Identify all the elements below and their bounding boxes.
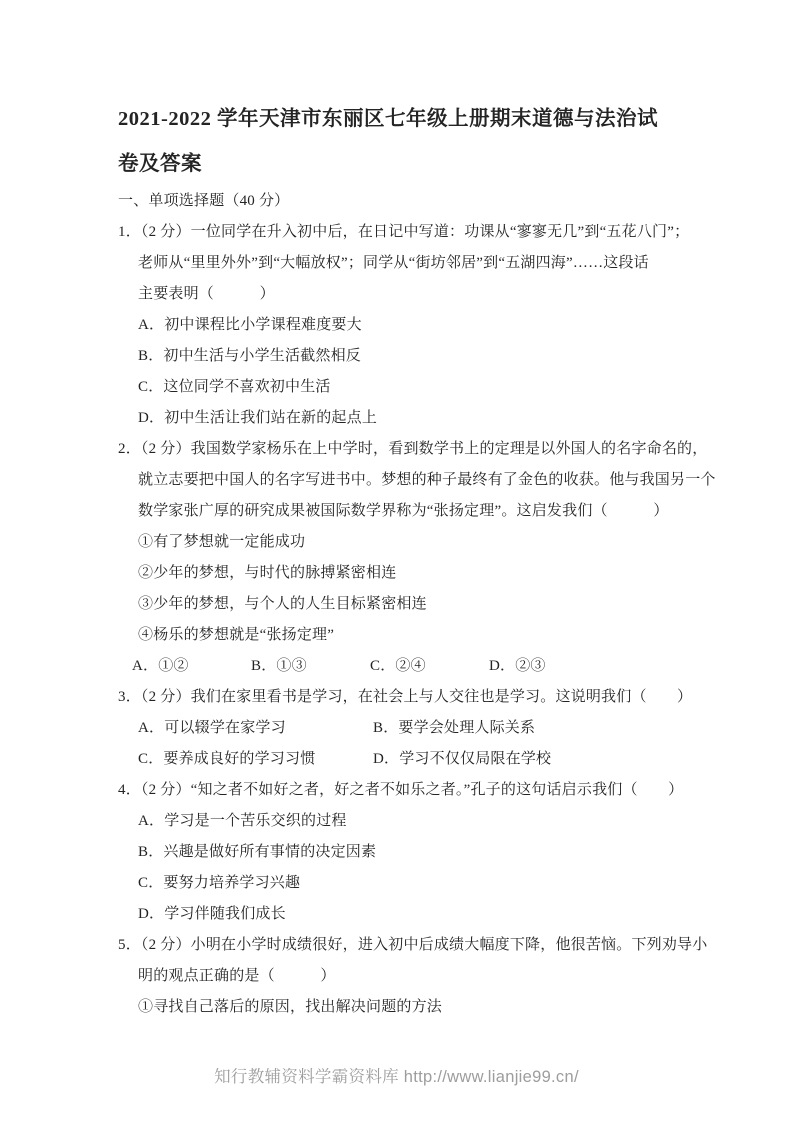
q3-stem-line-1: 3．（2 分）我们在家里看书是学习，在社会上与人交往也是学习。这说明我们（ ） [118, 682, 680, 713]
section-heading: 一、单项选择题（40 分） [118, 186, 680, 217]
q4-stem-line-1: 4．（2 分）“知之者不如好之者，好之者不如乐之者。”孔子的这句话启示我们（ ） [118, 775, 680, 806]
q2-item-2: ②少年的梦想，与时代的脉搏紧密相连 [118, 558, 680, 589]
q2-item-3: ③少年的梦想，与个人的人生目标紧密相连 [118, 589, 680, 620]
q1-stem-line-3: 主要表明（ ） [118, 279, 680, 310]
q3-options-row-1: A．可以辍学在家学习 B．要学会处理人际关系 [118, 713, 680, 744]
q2-item-4: ④杨乐的梦想就是“张扬定理” [118, 620, 680, 651]
question-1: 1．（2 分）一位同学在升入初中后，在日记中写道：功课从“寥寥无几”到“五花八门… [118, 217, 680, 434]
q2-stem-line-2: 就立志要把中国人的名字写进书中。梦想的种子最终有了金色的收获。他与我国另一个 [118, 465, 680, 496]
q2-choice-b: B．①③ [251, 651, 370, 682]
question-5: 5．（2 分）小明在小学时成绩很好，进入初中后成绩大幅度下降，他很苦恼。下列劝导… [118, 930, 680, 1023]
q4-option-c: C．要努力培养学习兴趣 [118, 868, 680, 899]
q5-item-1: ①寻找自己落后的原因，找出解决问题的方法 [118, 992, 680, 1023]
footer-watermark: 知行教辅资料学霸资料库 http://www.lianjie99.cn/ [0, 1064, 793, 1090]
q3-option-c: C．要养成良好的学习习惯 [138, 744, 373, 775]
q1-option-a: A．初中课程比小学课程难度要大 [118, 310, 680, 341]
q3-options-row-2: C．要养成良好的学习习惯 D．学习不仅仅局限在学校 [118, 744, 680, 775]
exam-document-page: 2021-2022 学年天津市东丽区七年级上册期末道德与法治试 卷及答案 一、单… [0, 0, 793, 1122]
question-4: 4．（2 分）“知之者不如好之者，好之者不如乐之者。”孔子的这句话启示我们（ ）… [118, 775, 680, 930]
q1-stem-line-1: 1．（2 分）一位同学在升入初中后，在日记中写道：功课从“寥寥无几”到“五花八门… [118, 217, 680, 248]
q1-option-b: B．初中生活与小学生活截然相反 [118, 341, 680, 372]
q2-stem-line-3: 数学家张广厚的研究成果被国际数学界称为“张扬定理”。这启发我们（ ） [118, 496, 680, 527]
q3-option-d: D．学习不仅仅局限在学校 [373, 744, 551, 775]
page-title-line-2: 卷及答案 [118, 142, 688, 187]
q5-stem-line-2: 明的观点正确的是（ ） [118, 961, 680, 992]
q1-option-d: D．初中生活让我们站在新的起点上 [118, 403, 680, 434]
q2-choice-c: C．②④ [370, 651, 489, 682]
exam-body: 一、单项选择题（40 分） 1．（2 分）一位同学在升入初中后，在日记中写道：功… [118, 186, 680, 1023]
q2-stem-line-1: 2．（2 分）我国数学家杨乐在上中学时，看到数学书上的定理是以外国人的名字命名的… [118, 434, 680, 465]
q3-option-b: B．要学会处理人际关系 [373, 713, 535, 744]
q1-stem-line-2: 老师从“里里外外”到“大幅放权”；同学从“街坊邻居”到“五湖四海”……这段话 [118, 248, 680, 279]
q5-stem-line-1: 5．（2 分）小明在小学时成绩很好，进入初中后成绩大幅度下降，他很苦恼。下列劝导… [118, 930, 680, 961]
q1-option-c: C．这位同学不喜欢初中生活 [118, 372, 680, 403]
q2-choices-row: A．①② B．①③ C．②④ D．②③ [118, 651, 680, 682]
q2-item-1: ①有了梦想就一定能成功 [118, 527, 680, 558]
q4-option-a: A．学习是一个苦乐交织的过程 [118, 806, 680, 837]
q3-option-a: A．可以辍学在家学习 [138, 713, 373, 744]
page-title: 2021-2022 学年天津市东丽区七年级上册期末道德与法治试 卷及答案 [118, 97, 688, 187]
page-title-line-1: 2021-2022 学年天津市东丽区七年级上册期末道德与法治试 [118, 97, 688, 142]
q4-option-b: B．兴趣是做好所有事情的决定因素 [118, 837, 680, 868]
q4-option-d: D．学习伴随我们成长 [118, 899, 680, 930]
q2-choice-a: A．①② [132, 651, 251, 682]
question-2: 2．（2 分）我国数学家杨乐在上中学时，看到数学书上的定理是以外国人的名字命名的… [118, 434, 680, 682]
question-3: 3．（2 分）我们在家里看书是学习，在社会上与人交往也是学习。这说明我们（ ） … [118, 682, 680, 775]
q2-choice-d: D．②③ [489, 651, 608, 682]
